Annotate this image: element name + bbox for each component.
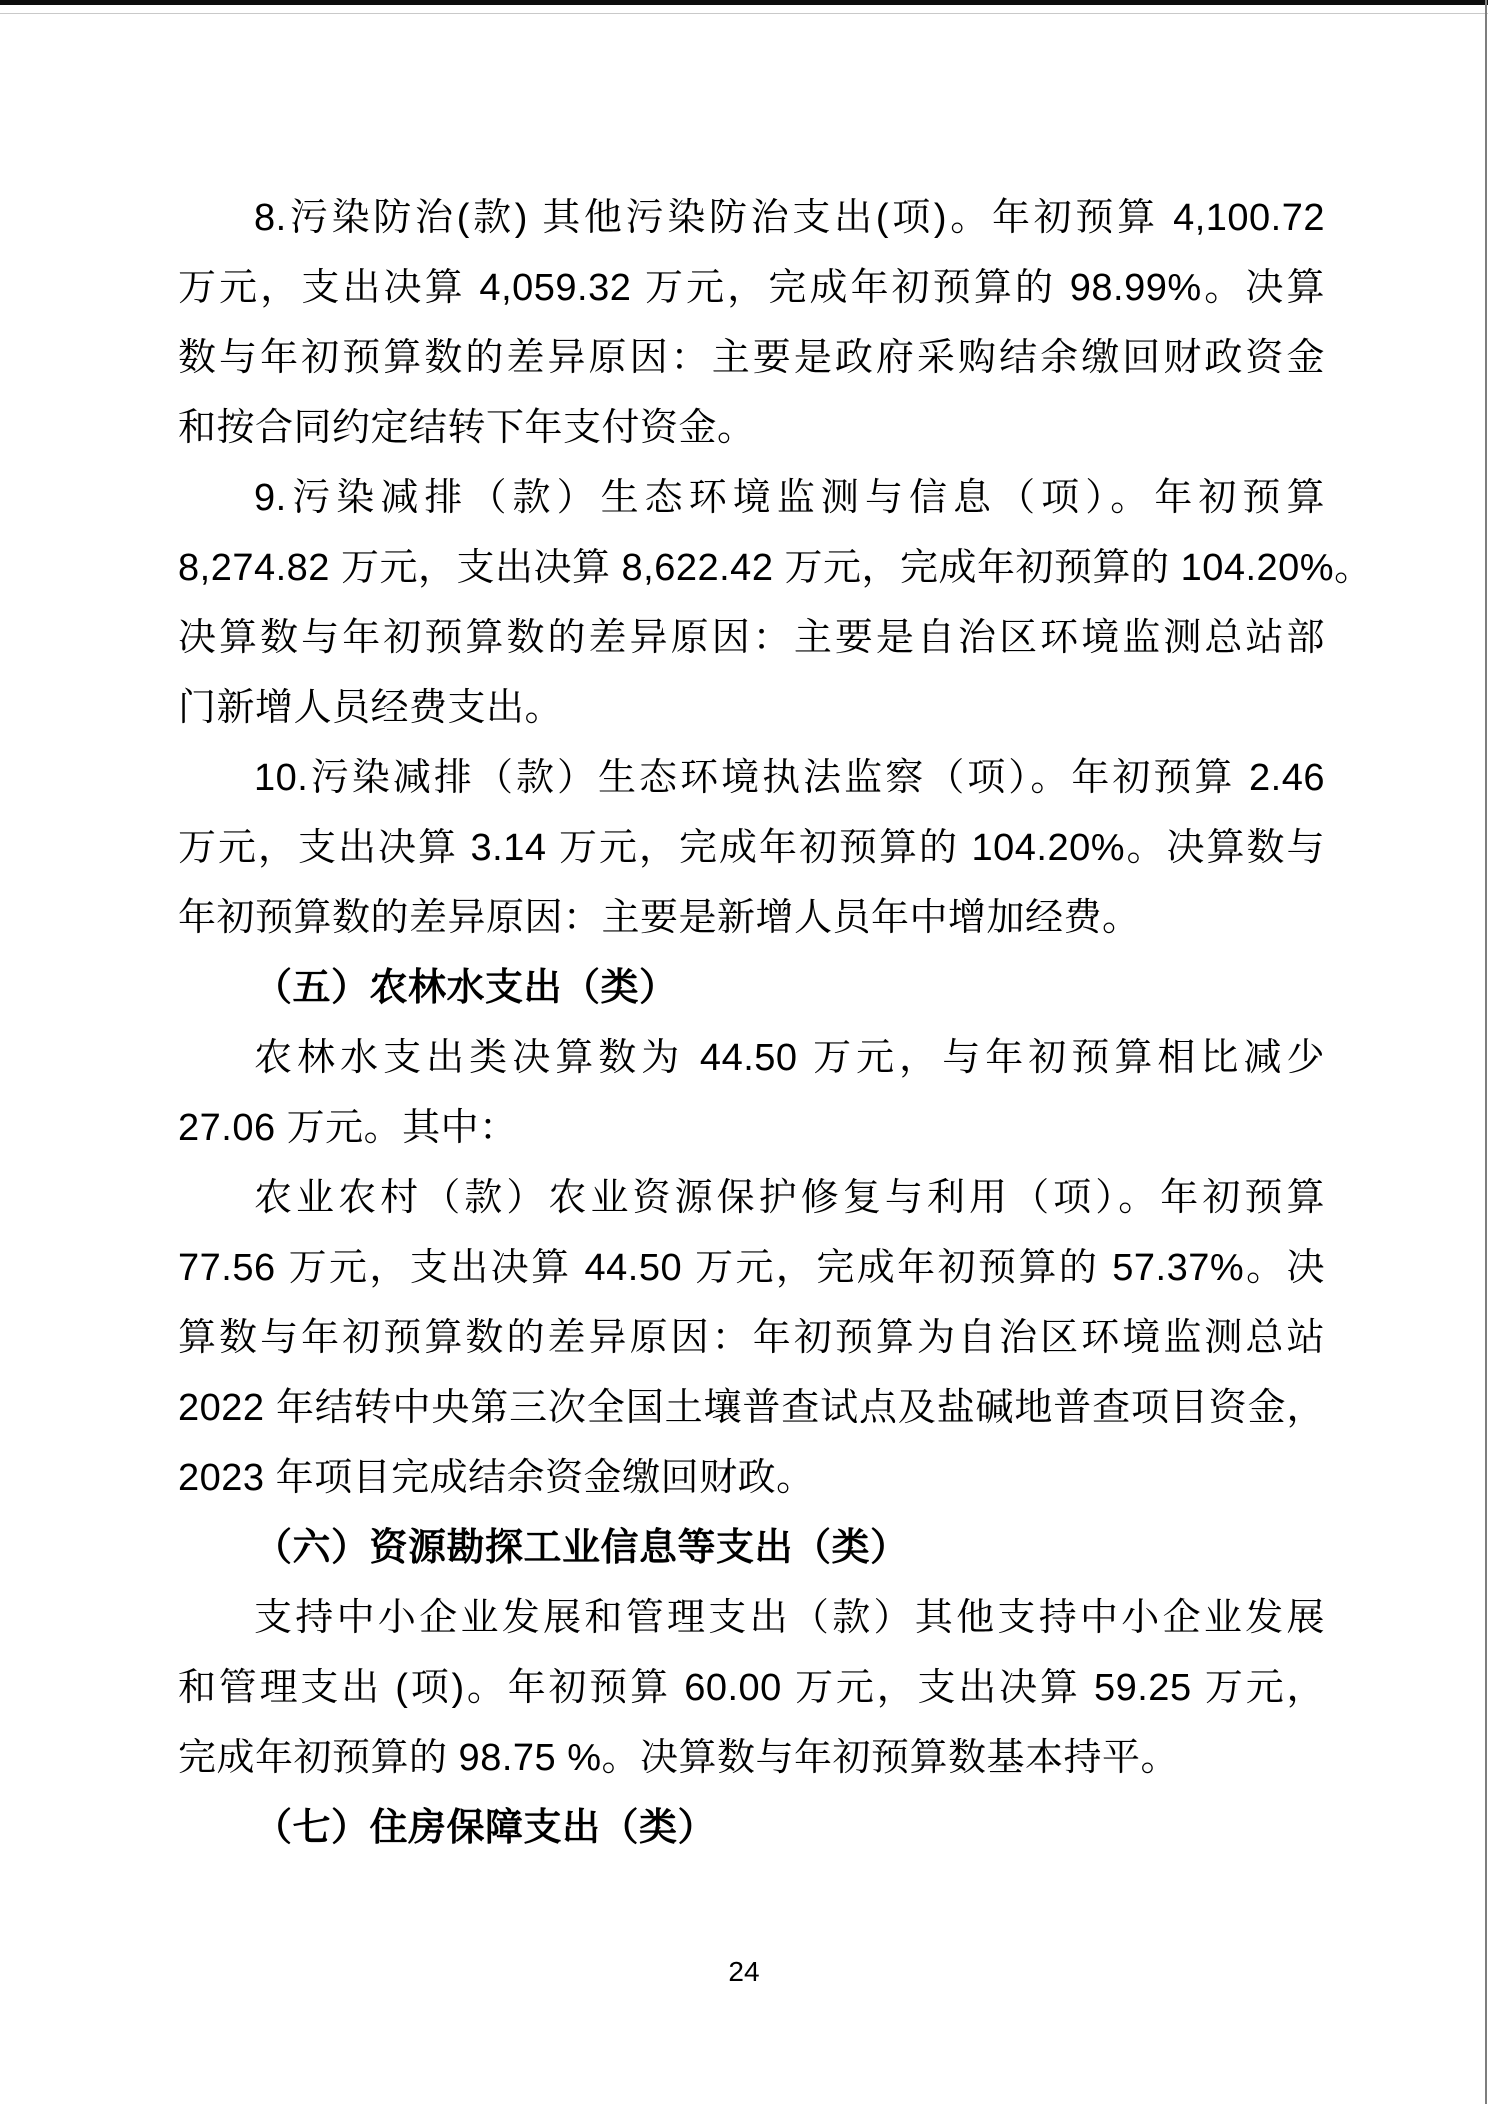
para-12-line-4: 2022 年结转中央第三次全国土壤普查试点及盐碱地普查项目资金， [178,1373,1325,1443]
para-9-line-3: 决算数与年初预算数的差异原因：主要是自治区环境监测总站部 [178,603,1325,673]
document-page: 8.污染防治(款) 其他污染防治支出(项)。年初预算 4,100.72 万元，支… [0,0,1488,2104]
para-9-line-2: 8,274.82 万元，支出决算 8,622.42 万元，完成年初预算的 104… [178,533,1325,603]
para-8-line-1: 8.污染防治(款) 其他污染防治支出(项)。年初预算 4,100.72 [178,183,1325,253]
para-12-line-1: 农业农村（款）农业资源保护修复与利用（项）。年初预算 [178,1163,1325,1233]
para-8-line-3: 数与年初预算数的差异原因：主要是政府采购结余缴回财政资金 [178,323,1325,393]
section-heading-7: （七）住房保障支出（类） [178,1793,1325,1863]
para-13-line-1: 支持中小企业发展和管理支出（款）其他支持中小企业发展 [178,1583,1325,1653]
top-border-bar [0,0,1488,5]
top-hairline [0,13,1488,14]
para-8-line-4: 和按合同约定结转下年支付资金。 [178,393,1325,463]
para-8-line-2: 万元，支出决算 4,059.32 万元，完成年初预算的 98.99%。决算 [178,253,1325,323]
page-number: 24 [0,1952,1488,1992]
para-12-line-2: 77.56 万元，支出决算 44.50 万元，完成年初预算的 57.37%。决 [178,1233,1325,1303]
para-11-line-2: 27.06 万元。其中： [178,1093,1325,1163]
page-right-edge-line [1485,0,1487,2104]
para-10-line-2: 万元，支出决算 3.14 万元，完成年初预算的 104.20%。决算数与 [178,813,1325,883]
para-12-line-5: 2023 年项目完成结余资金缴回财政。 [178,1443,1325,1513]
para-11-line-1: 农林水支出类决算数为 44.50 万元，与年初预算相比减少 [178,1023,1325,1093]
para-13-line-3: 完成年初预算的 98.75 %。决算数与年初预算数基本持平。 [178,1723,1325,1793]
para-13-line-2: 和管理支出 (项)。年初预算 60.00 万元，支出决算 59.25 万元， [178,1653,1325,1723]
para-9-line-1: 9.污染减排（款）生态环境监测与信息（项）。年初预算 [178,463,1325,533]
section-heading-6: （六）资源勘探工业信息等支出（类） [178,1513,1325,1583]
para-9-line-4: 门新增人员经费支出。 [178,673,1325,743]
para-12-line-3: 算数与年初预算数的差异原因：年初预算为自治区环境监测总站 [178,1303,1325,1373]
section-heading-5: （五）农林水支出（类） [178,953,1325,1023]
para-10-line-1: 10.污染减排（款）生态环境执法监察（项）。年初预算 2.46 [178,743,1325,813]
para-10-line-3: 年初预算数的差异原因：主要是新增人员年中增加经费。 [178,883,1325,953]
document-body: 8.污染防治(款) 其他污染防治支出(项)。年初预算 4,100.72 万元，支… [178,183,1325,1863]
